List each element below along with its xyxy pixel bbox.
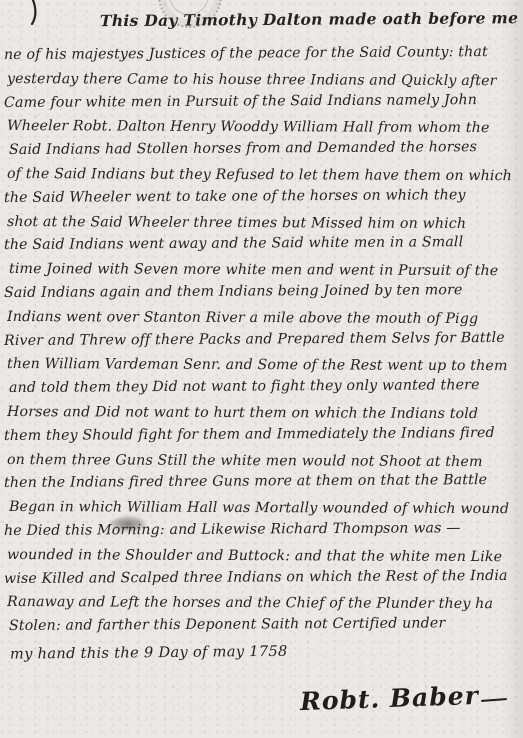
opening-line: This Day Timothy Dalton made oath before… [4,8,521,36]
manuscript-line: them they Should fight for them and Imme… [4,422,521,449]
manuscript-line: ne of his majestyes Justices of the peac… [4,41,521,68]
manuscript-line: the Said Indians went away and the Said … [4,231,521,258]
manuscript-scan: This Day Timothy Dalton made oath before… [0,0,523,738]
manuscript-line: he Died this Morning: and Likewise Richa… [4,517,521,544]
deposition-text: This Day Timothy Dalton made oath before… [0,0,523,660]
manuscript-line: Said Indians had Stollen horses from and… [9,136,521,163]
manuscript-line: then the Indians fired three Guns more a… [4,469,521,496]
signature-row: Robt. Baber [300,684,507,713]
manuscript-line: Stolen: and farther this Deponent Saith … [9,612,521,639]
manuscript-line: and told them they Did not want to fight… [9,374,521,401]
date-line: my hand this the 9 Day of may 1758 [10,640,521,662]
manuscript-line: the Said Wheeler went to take one of the… [4,184,521,211]
signature-flourish [481,698,507,702]
body-lines: ne of his majestyes Justices of the peac… [4,44,521,639]
manuscript-line: Said Indians again and them Indians bein… [4,279,521,306]
manuscript-line: wise Killed and Scalped three Indians on… [4,564,521,591]
signature: Robt. Baber [300,681,480,716]
manuscript-line: River and Threw off there Packs and Prep… [4,326,521,353]
manuscript-line: Came four white men in Pursuit of the Sa… [4,88,521,115]
